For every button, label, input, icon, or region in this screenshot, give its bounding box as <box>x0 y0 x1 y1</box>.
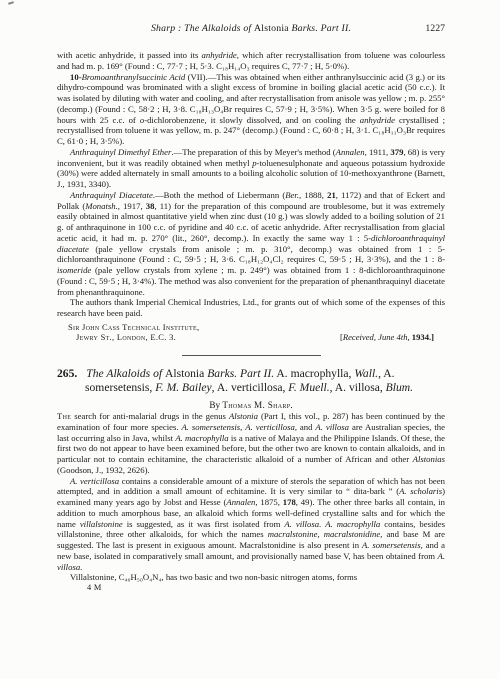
journal-page-scan: Sharp : The Alkaloids of Alstonia Barks.… <box>0 0 500 679</box>
paragraph-bromoanthranylsuccinic: 10-Bromoanthranylsuccinic Acid (VII).—Th… <box>57 72 445 147</box>
text-column: with acetic anhydride, it passed into it… <box>57 50 445 594</box>
acknowledgement: The authors thank Imperial Chemical Indu… <box>57 297 445 319</box>
article-265: 265.The Alkaloids of Alstonia Barks. Par… <box>57 367 445 584</box>
address-block: Sir John Cass Technical Institute, Jewry… <box>57 323 445 343</box>
paragraph-verticillosa: A. verticillosa contains a considerable … <box>57 476 445 573</box>
page-number: 1227 <box>425 23 445 34</box>
article-number: 265. <box>57 367 77 380</box>
section-divider <box>182 355 321 356</box>
article-title-block: 265.The Alkaloids of Alstonia Barks. Par… <box>57 367 445 396</box>
scan-speck <box>8 1 14 5</box>
received-date: [Received, June 4th, 1934.] <box>340 333 434 343</box>
running-title: Sharp : The Alkaloids of Alstonia Barks.… <box>57 23 445 34</box>
running-head: Sharp : The Alkaloids of Alstonia Barks.… <box>57 23 445 37</box>
signature-text: 4 M <box>87 583 102 592</box>
printer-signature-mark: 4 M <box>87 583 445 594</box>
paragraph-villalstonine: Villalstonine, C₄₀H₅₀O₄N₄, has two basic… <box>57 572 445 583</box>
paragraph-intro: The search for anti-malarial drugs in th… <box>57 411 445 476</box>
paragraph-continuation: with acetic anhydride, it passed into it… <box>57 50 445 72</box>
article-byline: By Thomas M. Sharp. <box>57 400 445 411</box>
article-title: The Alkaloids of Alstonia Barks. Part II… <box>85 367 413 394</box>
paragraph-dimethyl-ether: Anthraquinyl Dimethyl Ether.—The prepara… <box>57 147 445 190</box>
paragraph-diacetate: Anthraquinyl Diacetate.—Both the method … <box>57 190 445 298</box>
